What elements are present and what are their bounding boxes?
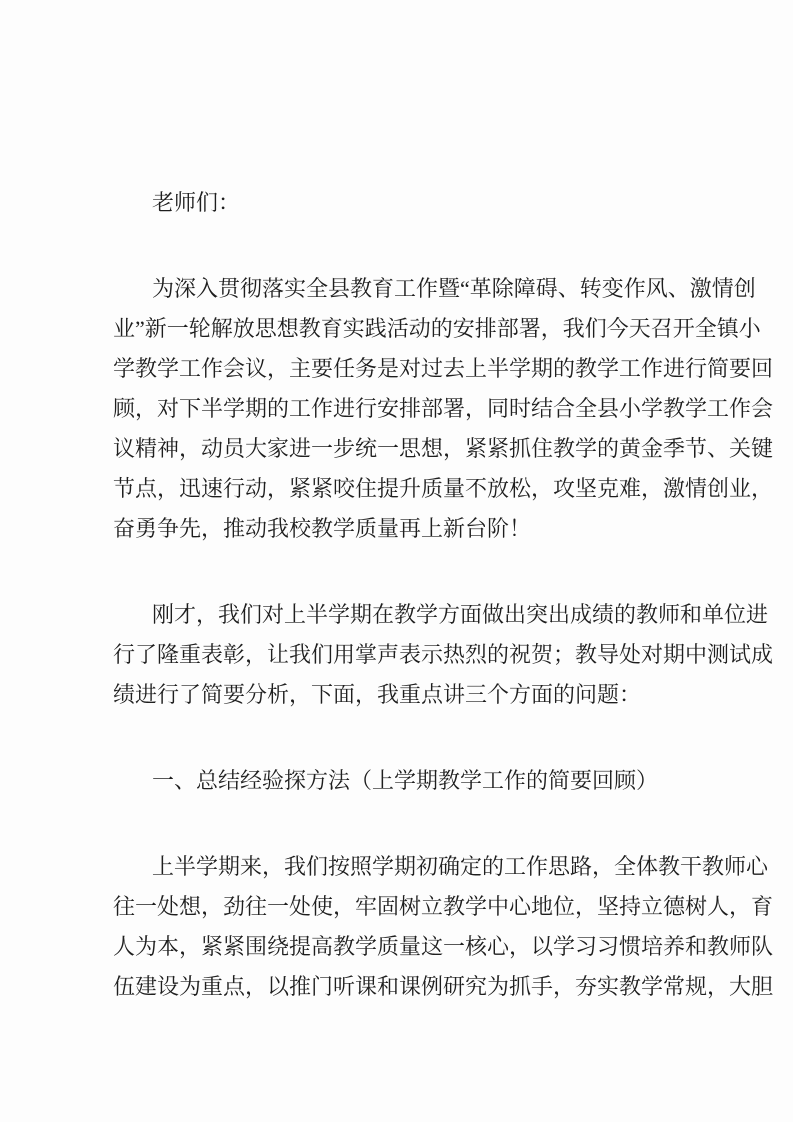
- document-sheet: 老师们：为深入贯彻落实全县教育工作暨“革除障碍、转变作风、激情创业”新一轮解放思…: [0, 0, 793, 1122]
- text-line: 刚才，我们对上半学期在教学方面做出突出成绩的教师和单位进: [113, 595, 680, 635]
- paragraph-body: 刚才，我们对上半学期在教学方面做出突出成绩的教师和单位进行了隆重表彰，让我们用掌…: [113, 595, 680, 715]
- text-line: 伍建设为重点，以推门听课和课例研究为抓手，夯实教学常规，大胆: [113, 967, 680, 1007]
- paragraph-heading: 一、总结经验探方法（上学期教学工作的简要回顾）: [113, 761, 680, 801]
- heading-line: 一、总结经验探方法（上学期教学工作的简要回顾）: [113, 761, 680, 801]
- text-line: 往一处想，劲往一处使，牢固树立教学中心地位，坚持立德树人，育: [113, 887, 680, 927]
- text-line: 老师们：: [113, 183, 680, 223]
- document-body: 老师们：为深入贯彻落实全县教育工作暨“革除障碍、转变作风、激情创业”新一轮解放思…: [113, 183, 680, 1007]
- text-line: 业”新一轮解放思想教育实践活动的安排部署，我们今天召开全镇小: [113, 309, 680, 349]
- text-line: 上半学期来，我们按照学期初确定的工作思路，全体教干教师心: [113, 847, 680, 887]
- paragraph-body: 为深入贯彻落实全县教育工作暨“革除障碍、转变作风、激情创业”新一轮解放思想教育实…: [113, 269, 680, 549]
- text-line: 行了隆重表彰，让我们用掌声表示热烈的祝贺；教导处对期中测试成: [113, 635, 680, 675]
- text-line: 人为本，紧紧围绕提高教学质量这一核心，以学习习惯培养和教师队: [113, 927, 680, 967]
- text-line: 绩进行了简要分析，下面，我重点讲三个方面的问题：: [113, 675, 680, 715]
- text-line: 奋勇争先，推动我校教学质量再上新台阶！: [113, 509, 680, 549]
- text-line: 学教学工作会议，主要任务是对过去上半学期的教学工作进行简要回: [113, 349, 680, 389]
- text-line: 议精神，动员大家进一步统一思想，紧紧抓住教学的黄金季节、关键: [113, 429, 680, 469]
- document-page: { "page": { "width": 793, "height": 1122…: [0, 0, 793, 1122]
- text-line: 顾，对下半学期的工作进行安排部署，同时结合全县小学教学工作会: [113, 389, 680, 429]
- paragraph-salutation: 老师们：: [113, 183, 680, 223]
- text-line: 节点，迅速行动，紧紧咬住提升质量不放松，攻坚克难，激情创业，: [113, 469, 680, 509]
- text-line: 为深入贯彻落实全县教育工作暨“革除障碍、转变作风、激情创: [113, 269, 680, 309]
- paragraph-body: 上半学期来，我们按照学期初确定的工作思路，全体教干教师心往一处想，劲往一处使，牢…: [113, 847, 680, 1007]
